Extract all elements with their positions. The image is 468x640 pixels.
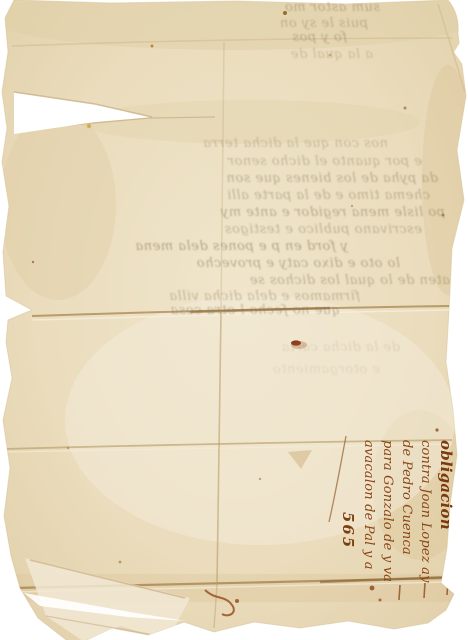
- annotation-line: avacalon de Pal y a: [361, 440, 376, 608]
- bleed-line: fo y pos: [252, 30, 347, 45]
- photo-background: sum astor mo puis le sy on fo y pos a la…: [0, 0, 468, 640]
- bleed-line: lo oto e dixo caty e provecho: [60, 256, 400, 271]
- bleed-line: a la qual de: [258, 47, 373, 62]
- annotation-line: de Pedro Cuenca: [399, 440, 414, 608]
- bleed-line: aten de lo qual los dichos se: [55, 273, 450, 288]
- ink-annotation-rotated: obligacion contra Joan Lopez ay de Pedro…: [339, 440, 455, 608]
- bleed-line: de la dicha carta: [180, 340, 400, 355]
- annotation-year: 565: [339, 512, 357, 608]
- bleed-line: e otorgamiento: [200, 362, 380, 377]
- annotation-line: contra Joan Lopez ay: [418, 440, 433, 608]
- bleed-line: sum astor mo: [250, 0, 380, 15]
- bleed-line: chema timo e de la parte alli: [60, 188, 430, 203]
- annotation-line: obligacion: [437, 440, 455, 608]
- bleed-line: da pyha de los bienes que son: [58, 171, 438, 186]
- bleed-line: nos con que la dicha terra: [88, 136, 388, 151]
- bleed-line: y ford en p e pones dela mena: [68, 239, 348, 254]
- bleed-line: firmamos e dela dicha villa: [60, 289, 360, 304]
- bleed-line: que no fecho l otra cosa: [120, 303, 340, 318]
- annotation-line: para Gonzalo de y va: [380, 440, 395, 608]
- torn-flap-ink-blot: [235, 599, 239, 603]
- bleed-line: e por quanto el dicho senor: [72, 154, 422, 169]
- bleed-line: escrivano publico e testigos: [62, 222, 422, 237]
- bleed-line: po lisle mena regidor e ante my: [55, 205, 445, 220]
- bleed-line: puis le sy on: [248, 16, 368, 31]
